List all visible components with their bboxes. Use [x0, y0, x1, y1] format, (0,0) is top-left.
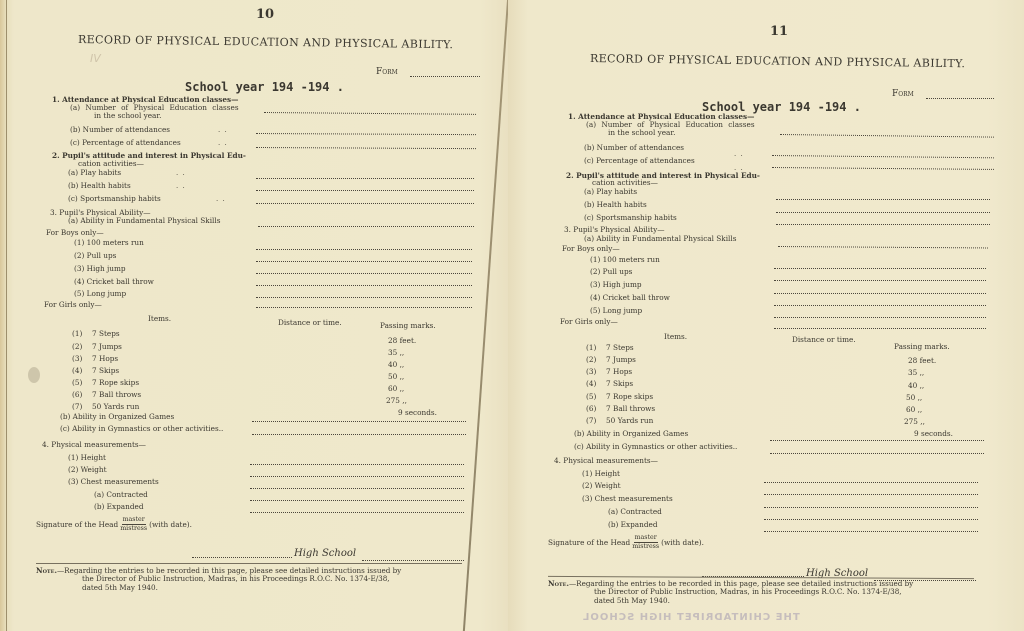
girls-row-mark: 40 ,,: [908, 382, 924, 389]
boys-high-jump-label: (3) High jump: [590, 281, 642, 288]
attendances-field[interactable]: [256, 133, 476, 135]
chest-field[interactable]: [250, 488, 464, 489]
girls-row-item: 7 Hops: [92, 355, 118, 362]
girls-row-item: 50 Yards run: [606, 417, 653, 424]
sportsmanship-habits-label: (c) Sportsmanship habits: [68, 195, 161, 202]
fraction-master: master: [634, 535, 658, 543]
girls-row-mark: 40 ,,: [388, 361, 404, 368]
leader-dots: . .: [216, 195, 226, 203]
girls-col-distance: Distance or time.: [278, 319, 342, 326]
chest-field[interactable]: [764, 507, 978, 508]
form-field[interactable]: [410, 76, 480, 77]
boys-pullups-label: (2) Pull ups: [74, 252, 116, 259]
boys-cricket-ball-label: (4) Cricket ball throw: [590, 294, 670, 301]
section-2-heading-cont: cation activities—: [592, 179, 658, 186]
weight-label: (2) Weight: [68, 466, 107, 473]
sportsmanship-habits-field[interactable]: [776, 224, 990, 225]
classes-count-field[interactable]: [264, 112, 476, 115]
page-edge: [6, 0, 7, 631]
leader-dots: . .: [218, 139, 228, 147]
girls-row-num: (4): [72, 367, 82, 374]
girls-row-item: 7 Hops: [606, 368, 632, 375]
girls-row-num: (6): [586, 405, 596, 412]
note-label: Note.: [548, 579, 569, 588]
chest-label: (3) Chest measurements: [582, 495, 673, 502]
ink-stain: [28, 367, 40, 383]
organized-games-label: (b) Ability in Organized Games: [574, 430, 688, 437]
fundamental-skills-label: (a) Ability in Fundamental Physical Skil…: [68, 217, 220, 224]
girls-row-num: (6): [72, 391, 82, 398]
section-4-heading: 4. Physical measurements—: [42, 441, 146, 448]
girls-row-item: 7 Rope skips: [92, 379, 139, 386]
sportsmanship-habits-field[interactable]: [256, 203, 474, 204]
girls-row-item: 7 Jumps: [606, 356, 636, 363]
girls-row-mark: 35 ,,: [388, 349, 404, 356]
stamp-bleed-through: THE CHINTADRIPET HIGH SCHOOL: [582, 612, 800, 623]
girls-row-num: (3): [586, 368, 596, 375]
page-10: 10 RECORD OF PHYSICAL EDUCATION AND PHYS…: [0, 0, 508, 631]
girls-row-num: (2): [586, 356, 596, 363]
signature-prefix: Signature of the Head: [36, 521, 118, 528]
play-habits-field[interactable]: [776, 199, 990, 200]
attendance-classes-label-2: in the school year.: [608, 129, 675, 136]
boys-only-heading: For Boys only—: [562, 245, 620, 252]
leader-dots: . .: [218, 126, 228, 134]
boys-long-jump-field[interactable]: [256, 297, 472, 298]
boys-pullups-field[interactable]: [256, 261, 472, 262]
girls-row-item: 7 Skips: [606, 380, 633, 387]
girls-row-mark: 275 ,,: [904, 418, 925, 425]
note-divider: [36, 563, 462, 564]
boys-high-jump-label: (3) High jump: [74, 265, 126, 272]
page-11: 11 RECORD OF PHYSICAL EDUCATION AND PHYS…: [508, 0, 1024, 631]
master-mistress-fraction: master mistress: [632, 535, 659, 551]
girls-row-mark: 28 feet.: [388, 337, 416, 344]
attendances-label: (b) Number of attendances: [70, 126, 170, 133]
girls-row-num: (1): [586, 344, 596, 351]
leader-dots: . .: [176, 169, 186, 177]
open-record-book: 10 RECORD OF PHYSICAL EDUCATION AND PHYS…: [0, 0, 1024, 631]
page-title: RECORD OF PHYSICAL EDUCATION AND PHYSICA…: [590, 52, 966, 70]
signature-line: Signature of the Head master mistress (w…: [36, 517, 192, 533]
boys-long-jump-label: (5) Long jump: [74, 290, 126, 297]
height-field[interactable]: [764, 482, 978, 483]
form-label: Form: [892, 89, 914, 99]
height-label: (1) Height: [582, 470, 620, 477]
school-name-field[interactable]: [192, 557, 292, 558]
boys-cricket-ball-field[interactable]: [774, 305, 986, 306]
high-school-label: High School: [294, 548, 356, 559]
note-label: Note.: [36, 566, 57, 575]
section-3-heading: 3. Pupil's Physical Ability—: [564, 226, 665, 233]
weight-label: (2) Weight: [582, 482, 621, 489]
girls-row-item: 7 Skips: [92, 367, 119, 374]
attendance-classes-label-2: in the school year.: [94, 112, 161, 119]
signature-suffix: (with date).: [149, 521, 192, 528]
note-line-3: dated 5th May 1940.: [36, 584, 401, 592]
girls-row-item: 7 Steps: [606, 344, 634, 351]
attendance-percentage-field[interactable]: [772, 167, 994, 170]
classes-count-field[interactable]: [780, 134, 994, 138]
note: Note.—Regarding the entries to be record…: [548, 580, 913, 605]
play-habits-label: (a) Play habits: [68, 169, 121, 176]
boys-100m-label: (1) 100 meters run: [590, 256, 660, 263]
attendance-percentage-label: (c) Percentage of attendances: [584, 157, 695, 164]
weight-field[interactable]: [250, 476, 464, 477]
organized-games-field[interactable]: [252, 421, 466, 422]
girls-row-num: (5): [72, 379, 82, 386]
health-habits-field[interactable]: [256, 190, 474, 191]
attendance-percentage-field[interactable]: [256, 147, 476, 149]
chest-expanded-label: (b) Expanded: [94, 503, 144, 510]
leader-dots: . .: [176, 182, 186, 190]
girls-row-mark: 9 seconds.: [914, 430, 953, 437]
gymnastics-label: (c) Ability in Gymnastics or other activ…: [574, 443, 737, 450]
girls-col-distance: Distance or time.: [792, 336, 856, 343]
form-field[interactable]: [926, 98, 994, 99]
fundamental-skills-label: (a) Ability in Fundamental Physical Skil…: [584, 235, 736, 242]
page-title: RECORD OF PHYSICAL EDUCATION AND PHYSICA…: [78, 33, 454, 51]
boys-cricket-ball-label: (4) Cricket ball throw: [74, 278, 154, 285]
gymnastics-field[interactable]: [252, 434, 466, 435]
girls-col-passing: Passing marks.: [894, 343, 950, 350]
page-number: 11: [770, 24, 788, 39]
page-number: 10: [256, 7, 274, 22]
girls-row-num: (5): [586, 393, 596, 400]
play-habits-label: (a) Play habits: [584, 188, 637, 195]
school-year: School year 194 -194 .: [185, 80, 344, 94]
girls-row-num: (4): [586, 380, 596, 387]
boys-high-jump-field[interactable]: [256, 273, 472, 274]
height-field[interactable]: [250, 464, 464, 465]
health-habits-label: (b) Health habits: [68, 182, 131, 189]
girls-row-num: (7): [586, 417, 596, 424]
girls-row-mark: 50 ,,: [388, 373, 404, 380]
height-label: (1) Height: [68, 454, 106, 461]
boys-high-jump-field[interactable]: [774, 293, 986, 294]
chest-expanded-field[interactable]: [250, 512, 464, 513]
fraction-mistress: mistress: [120, 525, 147, 532]
gymnastics-field[interactable]: [770, 453, 984, 454]
boys-100m-label: (1) 100 meters run: [74, 239, 144, 246]
note: Note.—Regarding the entries to be record…: [36, 567, 401, 592]
chest-expanded-label: (b) Expanded: [608, 521, 658, 528]
chest-contracted-field[interactable]: [764, 519, 978, 520]
boys-long-jump-field[interactable]: [774, 317, 986, 318]
girls-row-item: 7 Ball throws: [92, 391, 141, 398]
girls-row-mark: 60 ,,: [906, 406, 922, 413]
girls-row-num: (3): [72, 355, 82, 362]
weight-field[interactable]: [764, 494, 978, 495]
boys-pullups-field[interactable]: [774, 280, 986, 281]
attendances-field[interactable]: [772, 155, 994, 158]
chest-contracted-label: (a) Contracted: [608, 508, 662, 515]
girls-row-num: (1): [72, 330, 82, 337]
girls-col-items: Items.: [148, 315, 171, 322]
girls-row-item: 7 Rope skips: [606, 393, 653, 400]
girls-row-mark: 50 ,,: [906, 394, 922, 401]
girls-row-item: 7 Steps: [92, 330, 120, 337]
girls-row-num: (2): [72, 343, 82, 350]
girls-row-num: (7): [72, 403, 82, 410]
girls-only-heading: For Girls only—: [560, 318, 618, 325]
signature-line: Signature of the Head master mistress (w…: [548, 535, 704, 551]
margin-mark: IV: [90, 52, 101, 65]
girls-only-heading: For Girls only—: [44, 301, 102, 308]
health-habits-field[interactable]: [776, 212, 990, 213]
sportsmanship-habits-label: (c) Sportsmanship habits: [584, 214, 677, 221]
girls-row-item: 7 Ball throws: [606, 405, 655, 412]
play-habits-field[interactable]: [256, 178, 474, 179]
organized-games-field[interactable]: [770, 440, 984, 441]
signature-prefix: Signature of the Head: [548, 539, 630, 546]
fraction-master: master: [122, 517, 146, 525]
fundamental-skills-field[interactable]: [778, 246, 988, 248]
fraction-mistress: mistress: [632, 543, 659, 550]
health-habits-label: (b) Health habits: [584, 201, 647, 208]
master-mistress-fraction: master mistress: [120, 517, 147, 533]
note-line-3: dated 5th May 1940.: [548, 597, 913, 605]
form-label: Form: [376, 67, 398, 77]
boys-cricket-ball-field[interactable]: [256, 285, 472, 286]
boys-long-jump-label: (5) Long jump: [590, 307, 642, 314]
girls-row-item: 7 Jumps: [92, 343, 122, 350]
organized-games-label: (b) Ability in Organized Games: [60, 413, 174, 420]
girls-row-mark: 275 ,,: [386, 397, 407, 404]
attendance-percentage-label: (c) Percentage of attendances: [70, 139, 181, 146]
girls-only-field[interactable]: [774, 328, 986, 329]
girls-row-mark: 60 ,,: [388, 385, 404, 392]
girls-row-item: 50 Yards run: [92, 403, 139, 410]
gymnastics-label: (c) Ability in Gymnastics or other activ…: [60, 425, 223, 432]
chest-contracted-field[interactable]: [250, 500, 464, 501]
girls-col-passing: Passing marks.: [380, 322, 436, 329]
section-4-heading: 4. Physical measurements—: [554, 457, 658, 464]
section-2-heading-cont: cation activities—: [78, 160, 144, 167]
girls-only-field[interactable]: [256, 307, 472, 308]
boys-100m-field[interactable]: [774, 268, 986, 269]
attendances-label: (b) Number of attendances: [584, 144, 684, 151]
girls-row-mark: 9 seconds.: [398, 409, 437, 416]
chest-label: (3) Chest measurements: [68, 478, 159, 485]
chest-expanded-field[interactable]: [764, 531, 978, 532]
signature-suffix: (with date).: [661, 539, 704, 546]
school-name-field-right: [362, 560, 464, 561]
boys-100m-field[interactable]: [256, 249, 472, 250]
boys-only-heading: For Boys only—: [46, 229, 104, 236]
fundamental-skills-field[interactable]: [258, 226, 474, 227]
girls-row-mark: 35 ,,: [908, 369, 924, 376]
chest-contracted-label: (a) Contracted: [94, 491, 148, 498]
girls-col-items: Items.: [664, 333, 687, 340]
girls-row-mark: 28 feet.: [908, 357, 936, 364]
boys-pullups-label: (2) Pull ups: [590, 268, 632, 275]
leader-dots: . .: [734, 150, 744, 158]
